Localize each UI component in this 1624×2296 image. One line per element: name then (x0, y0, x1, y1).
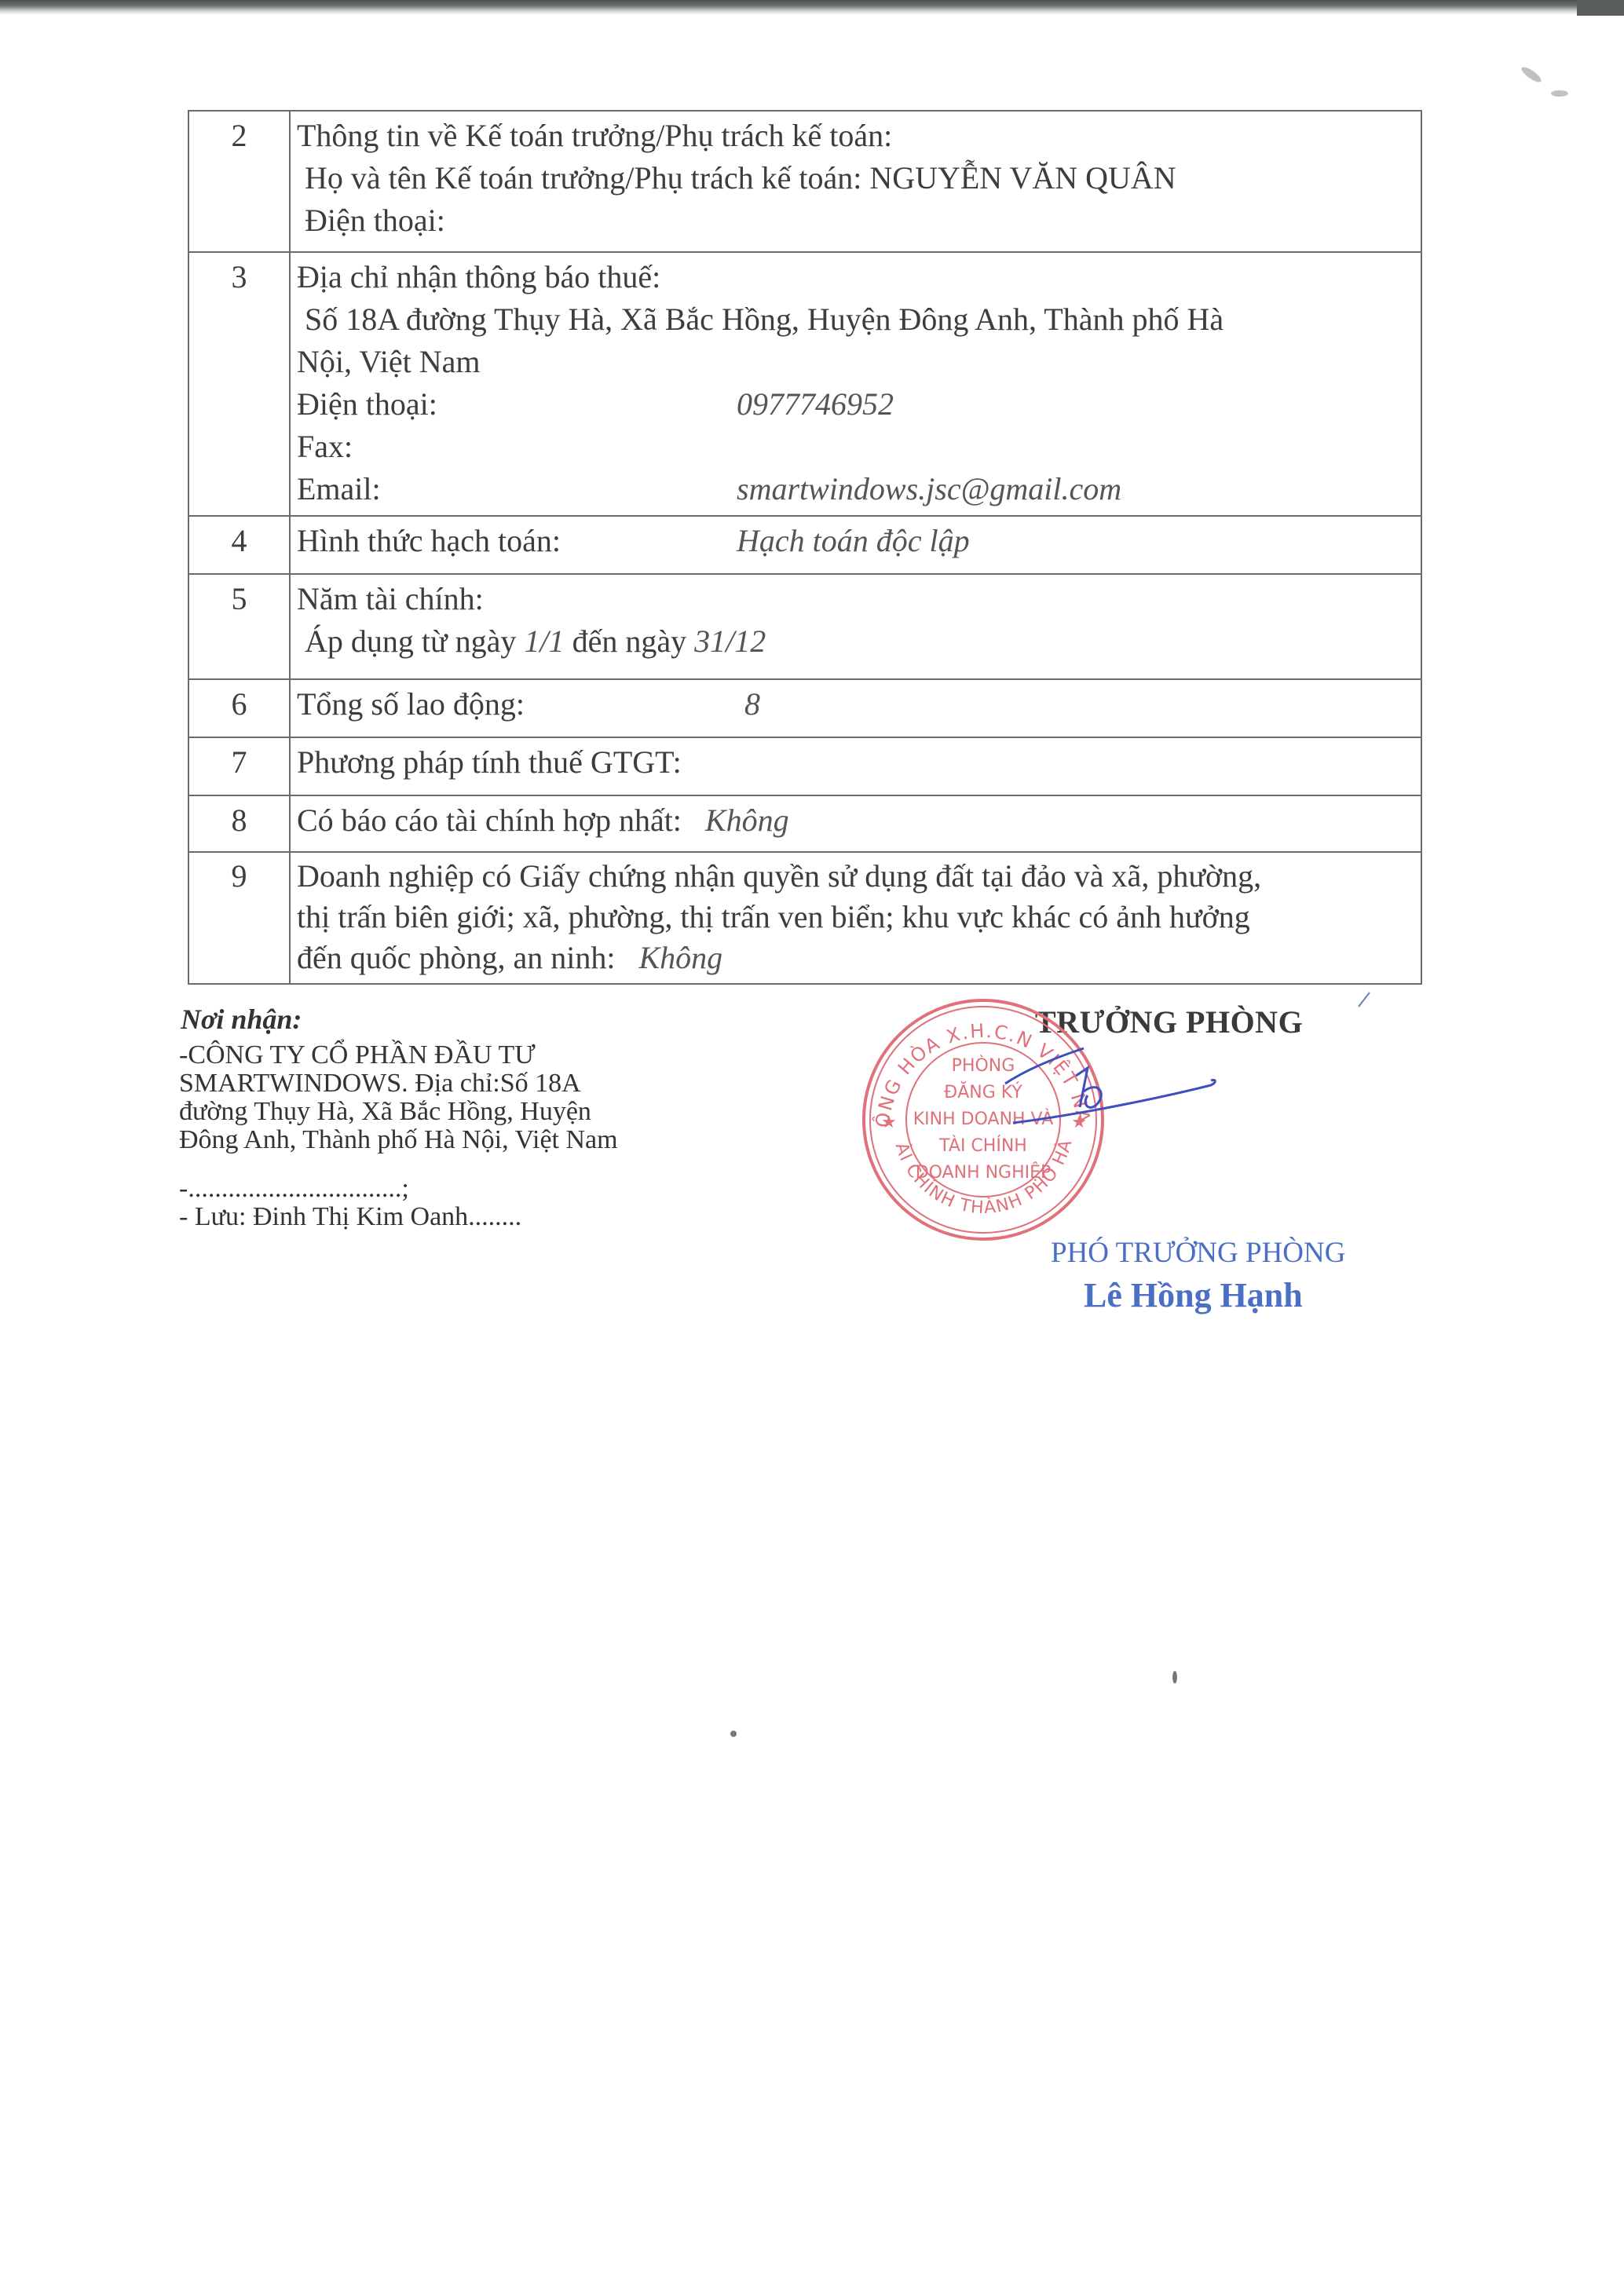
fax-label: Fax: (297, 426, 737, 468)
phone-value: 0977746952 (737, 383, 894, 426)
enterprise-info-table: 2 Thông tin về Kế toán trưởng/Phụ trách … (188, 110, 1422, 985)
table-row: 2 Thông tin về Kế toán trưởng/Phụ trách … (188, 111, 1421, 252)
vat-method-label: Phương pháp tính thuế GTGT: (297, 741, 1414, 784)
row-number: 2 (188, 111, 290, 252)
pen-mark (1357, 991, 1371, 1008)
table-row: 8 Có báo cáo tài chính hợp nhất: Không (188, 795, 1421, 852)
fiscal-year-prefix: Áp dụng từ ngày (305, 623, 516, 659)
table-row: 5 Năm tài chính: Áp dụng từ ngày 1/1 đến… (188, 574, 1421, 679)
stamp-center-line: DOANH NGHIỆP (916, 1162, 1052, 1183)
row-number: 8 (188, 795, 290, 852)
recipient-line: -CÔNG TY CỔ PHẦN ĐẦU TƯ (179, 1041, 691, 1069)
employees-label: Tổng số lao động: (297, 683, 744, 726)
row-title: Địa chỉ nhận thông báo thuế: (297, 256, 1414, 298)
land-cert-line2: thị trấn biên giới; xã, phường, thị trấn… (297, 897, 1414, 938)
scan-edge-top (0, 0, 1624, 14)
scan-speck (1551, 90, 1568, 97)
email-label: Email: (297, 468, 737, 510)
chief-accountant-phone-label: Điện thoại: (297, 199, 1414, 242)
row-number: 3 (188, 252, 290, 516)
row-number: 5 (188, 574, 290, 679)
table-row: 7 Phương pháp tính thuế GTGT: (188, 737, 1421, 795)
accounting-form-label: Hình thức hạch toán: (297, 520, 737, 562)
recipient-line: SMARTWINDOWS. Địa chỉ:Số 18A (179, 1069, 691, 1098)
tax-address-line2: Nội, Việt Nam (297, 341, 1414, 383)
scan-edge-corner (1577, 0, 1624, 16)
row-title: Thông tin về Kế toán trưởng/Phụ trách kế… (297, 115, 1414, 157)
table-row: 3 Địa chỉ nhận thông báo thuế: Số 18A đư… (188, 252, 1421, 516)
row-number: 6 (188, 679, 290, 737)
archive-line: - Lưu: Đinh Thị Kim Oanh........ (179, 1203, 691, 1231)
stamp-star-icon: ★ (881, 1112, 897, 1132)
consolidated-report-label: Có báo cáo tài chính hợp nhất: (297, 803, 682, 838)
tax-address-line1: Số 18A đường Thụy Hà, Xã Bắc Hồng, Huyện… (297, 298, 1414, 341)
row-number: 4 (188, 516, 290, 574)
recipient-placeholder: -................................; (179, 1175, 691, 1203)
recipients-block: Nơi nhận: -CÔNG TY CỔ PHẦN ĐẦU TƯ SMARTW… (181, 1005, 691, 1231)
recipient-line: Đông Anh, Thành phố Hà Nội, Việt Nam (179, 1126, 691, 1154)
table-row: 6 Tổng số lao động: 8 (188, 679, 1421, 737)
scan-speck (730, 1731, 737, 1737)
fiscal-year-middle: đến ngày (572, 623, 687, 659)
deputy-title: PHÓ TRƯỞNG PHÒNG (1051, 1236, 1345, 1270)
land-cert-value: Không (639, 940, 723, 975)
employees-value: 8 (744, 683, 760, 726)
handwritten-signature (982, 1036, 1233, 1139)
row-number: 9 (188, 852, 290, 984)
table-row: 9 Doanh nghiệp có Giấy chứng nhận quyền … (188, 852, 1421, 984)
recipient-line: đường Thụy Hà, Xã Bắc Hồng, Huyện (179, 1098, 691, 1126)
land-cert-line3: đến quốc phòng, an ninh: (297, 940, 616, 975)
table-row: 4 Hình thức hạch toán: Hạch toán độc lập (188, 516, 1421, 574)
recipients-title: Nơi nhận: (181, 1005, 691, 1033)
consolidated-report-value: Không (705, 803, 789, 838)
chief-accountant-name: Họ và tên Kế toán trưởng/Phụ trách kế to… (297, 157, 1414, 199)
email-value: smartwindows.jsc@gmail.com (737, 468, 1121, 510)
fiscal-year-to: 31/12 (694, 623, 766, 659)
scan-speck (1520, 64, 1543, 84)
scan-speck (1172, 1671, 1177, 1684)
row-title: Năm tài chính: (297, 578, 1414, 620)
phone-label: Điện thoại: (297, 383, 737, 426)
signer-name: Lê Hồng Hạnh (1084, 1275, 1303, 1315)
accounting-form-value: Hạch toán độc lập (737, 520, 970, 562)
row-number: 7 (188, 737, 290, 795)
fiscal-year-from: 1/1 (524, 623, 564, 659)
land-cert-line1: Doanh nghiệp có Giấy chứng nhận quyền sử… (297, 856, 1414, 897)
